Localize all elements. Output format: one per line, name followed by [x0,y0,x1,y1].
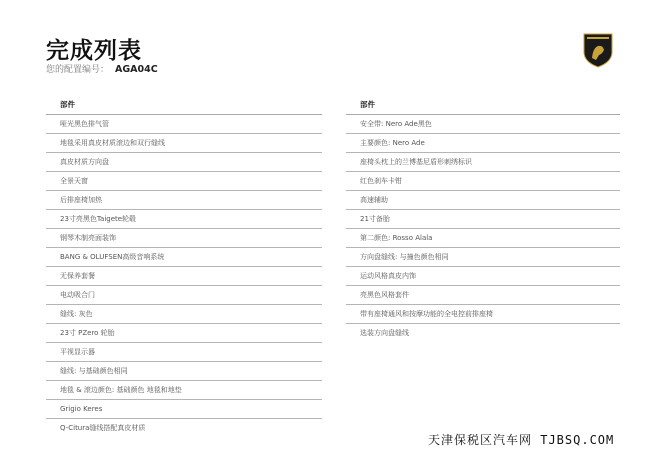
list-item: 电动吸合门 [46,286,322,305]
list-item: 21寸备胎 [346,210,620,229]
list-item: 缝线: 灰色 [46,305,322,324]
list-item: 红色刹车卡钳 [346,172,620,191]
list-item: 座椅头枕上的兰博基尼盾形刺绣标识 [346,153,620,172]
list-item: 23寸亮黑色Taigete轮毂 [46,210,322,229]
list-item: 安全带: Nero Ade黑色 [346,115,620,134]
right-parts-list: 部件 安全带: Nero Ade黑色 主要颜色: Nero Ade 座椅头枕上的… [346,98,620,342]
list-item: 平视显示器 [46,343,322,362]
list-item: 运动风格真皮内饰 [346,267,620,286]
list-item: 23寸 PZero 轮胎 [46,324,322,343]
list-item: 钢琴木制亮面装饰 [46,229,322,248]
list-item: 主要颜色: Nero Ade [346,134,620,153]
list-item: 缝线: 与基础颜色相同 [46,362,322,381]
list-item: BANG & OLUFSEN高级音响系统 [46,248,322,267]
list-item: 第二颜色: Rosso Alala [346,229,620,248]
list-item: 亮黑色风格套件 [346,286,620,305]
list-item: 全景天窗 [46,172,322,191]
lamborghini-shield-icon [582,32,614,68]
list-item: 带有座椅通风和按摩功能的全电控前排座椅 [346,305,620,324]
list-item: Q-Citura缝线搭配真皮材质 [46,419,322,437]
list-item: 哑光黑色排气管 [46,115,322,134]
list-item: 地毯采用真皮材质滚边和双行缝线 [46,134,322,153]
list-item: Grigio Keres [46,400,322,419]
list-item: 真皮材质方向盘 [46,153,322,172]
column-header: 部件 [346,98,620,115]
left-parts-list: 部件 哑光黑色排气管 地毯采用真皮材质滚边和双行缝线 真皮材质方向盘 全景天窗 … [46,98,322,437]
list-item: 地毯 & 滚边颜色: 基础颜色 地毯和地垫 [46,381,322,400]
watermark: 天津保税区汽车网 TJBSQ.COM [428,431,614,448]
list-item: 后排座椅加热 [46,191,322,210]
column-header: 部件 [46,98,322,115]
config-label: 您的配置编号： [46,65,109,75]
list-item: 方向盘缝线: 与撞色颜色相同 [346,248,620,267]
list-item: 选装方向盘缝线 [346,324,620,342]
page-title: 完成列表 [46,32,142,65]
config-code: AGA04C [115,64,158,75]
list-item: 高速辅助 [346,191,620,210]
list-item: 无保养套餐 [46,267,322,286]
config-number: 您的配置编号：AGA04C [46,62,158,75]
